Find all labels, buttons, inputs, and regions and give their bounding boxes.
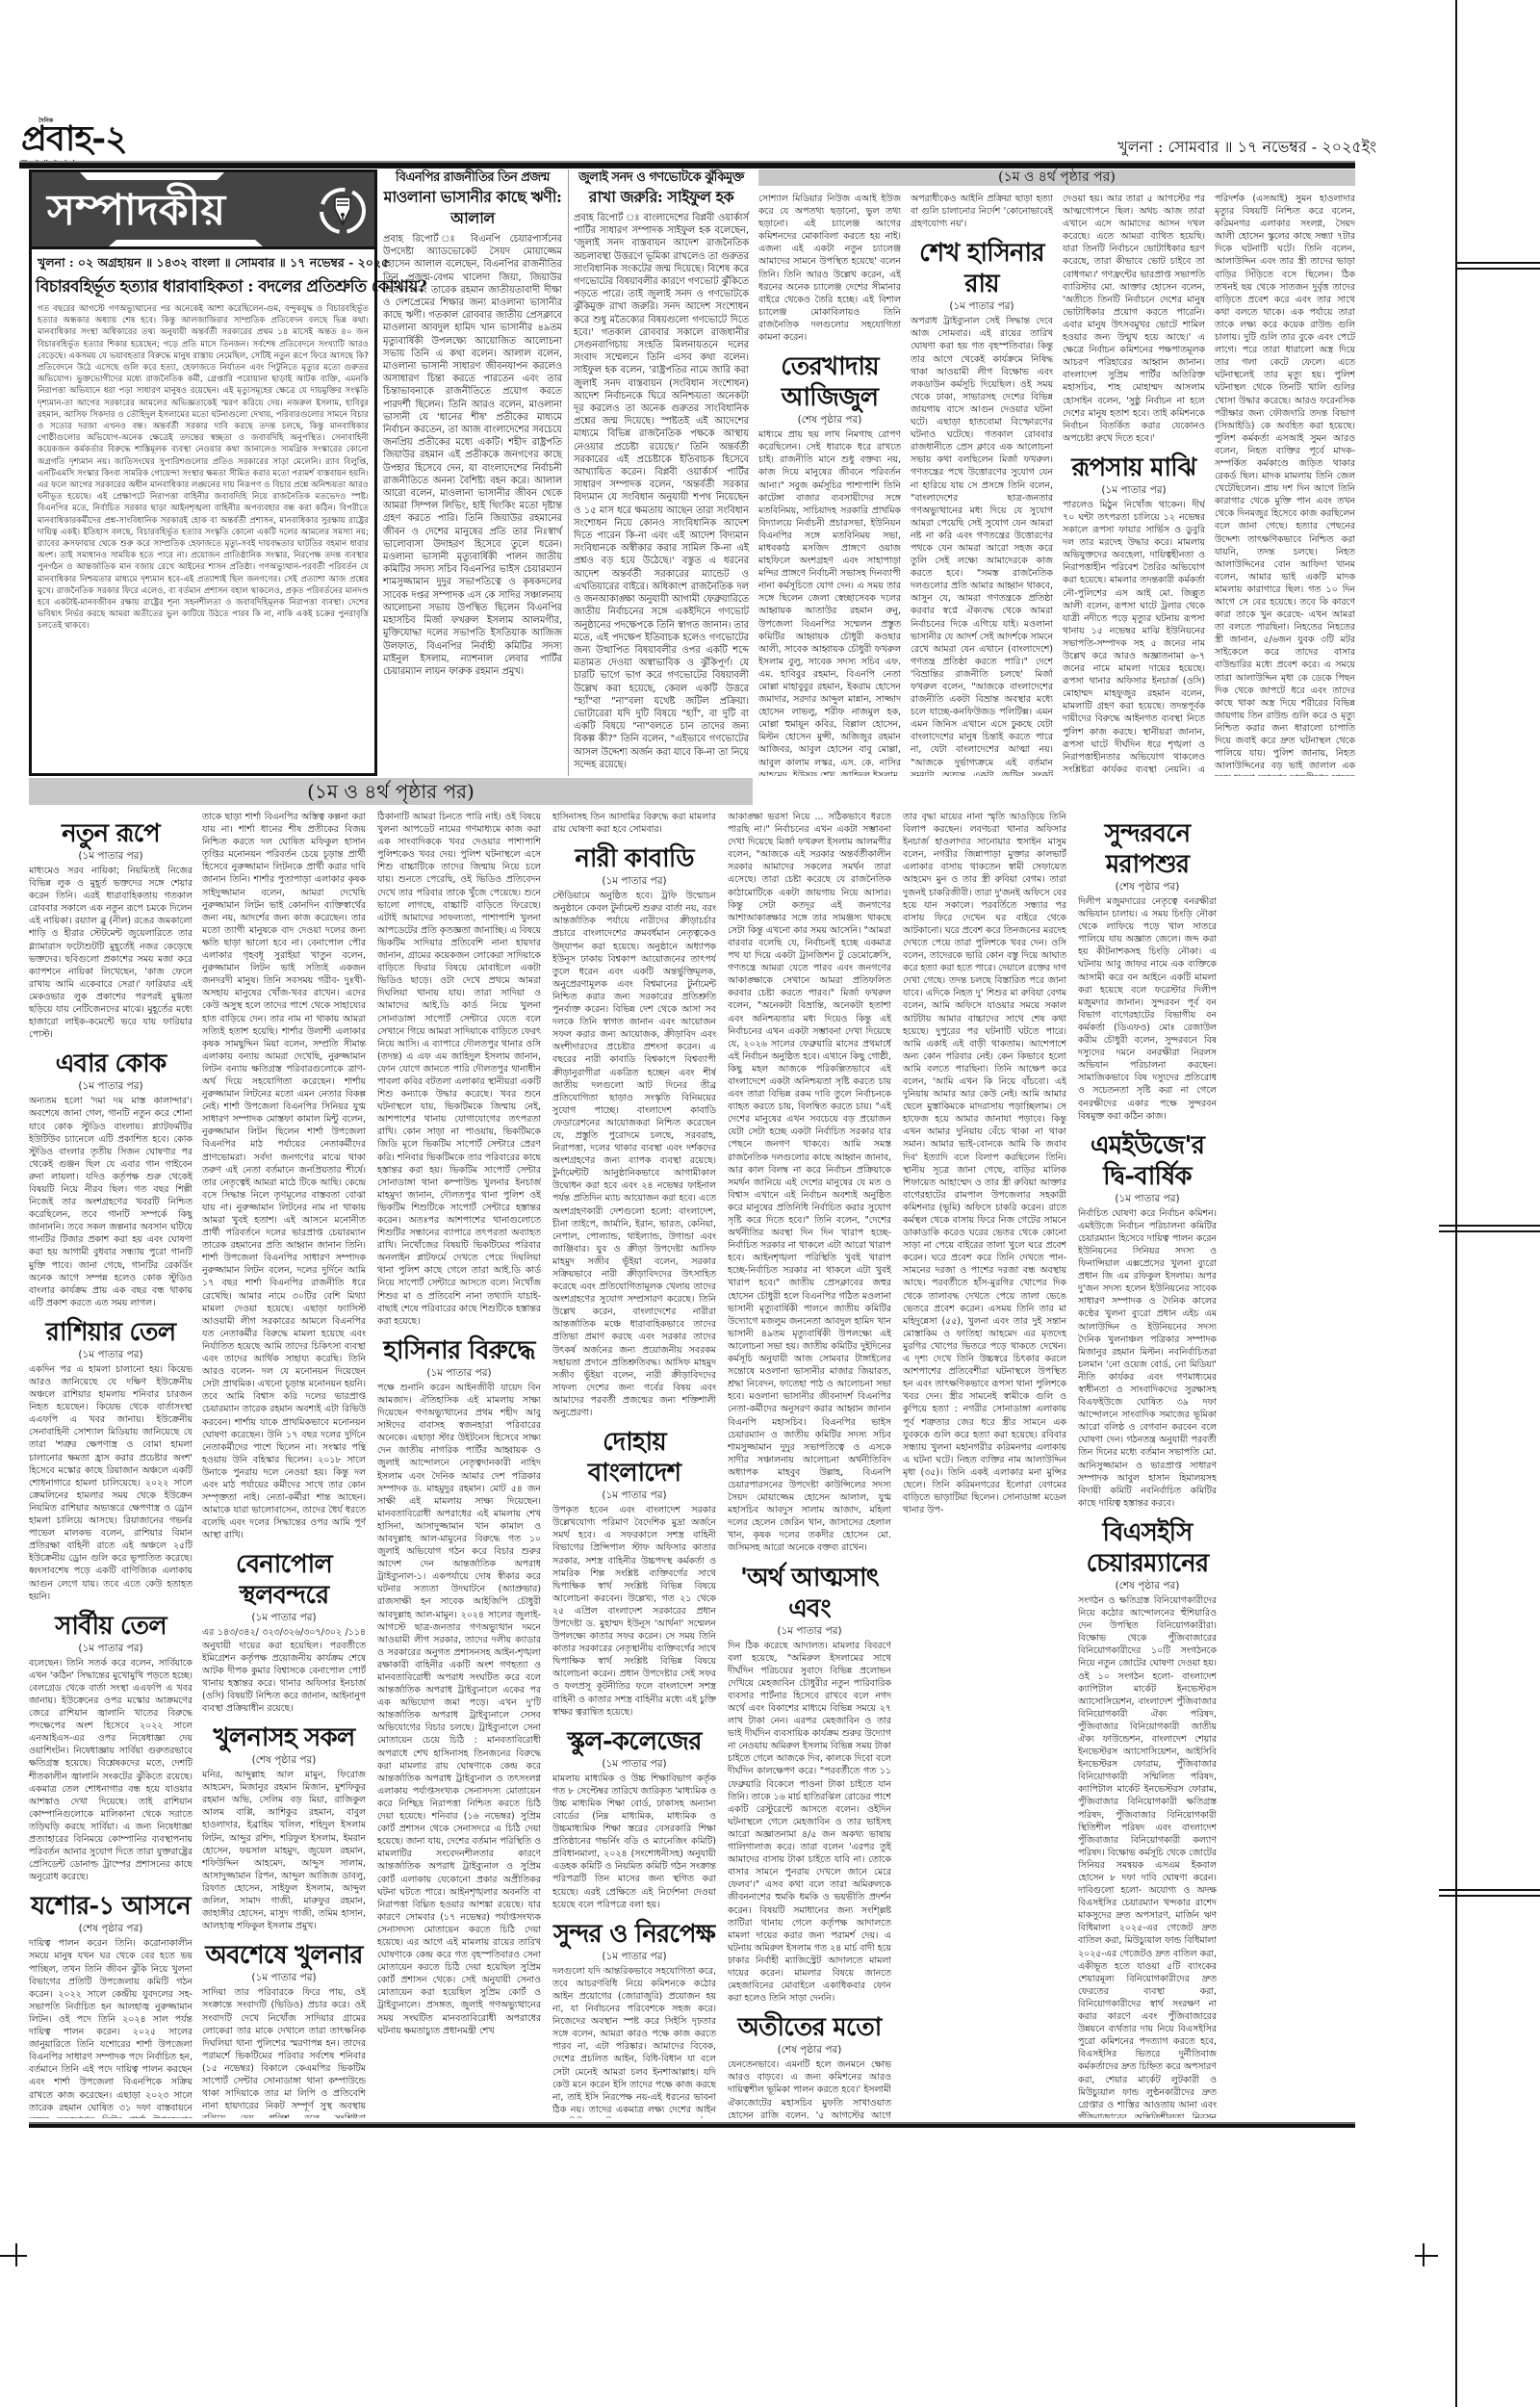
article-text: পারলেও মিঠুন নিখোঁজ থাকেন। দীর্ঘ ৭০ ঘন্ট… [1063, 499, 1205, 776]
continuation-note: (১ম পাতার পর) [29, 1642, 192, 1655]
banner-ribbon [80, 172, 224, 180]
story-headline-kicker: জুলাই সনদ ও গণভোটকে ঝুঁকিমুক্ত [574, 169, 749, 187]
article-text: নির্বাচিত ঘোষণা করে নির্বাচন কমিশন। এমইউ… [1078, 1207, 1217, 1510]
article-text: অন্যতম হলো 'দমা দম মাস্ত কালান্দার'। অবশ… [29, 1095, 192, 1309]
dateline: খুলনা : সোমবার ॥ ১৭ নভেম্বর - ২০২৫ইং [1117, 135, 1376, 161]
editorial-headline: বিচারবহির্ভূত হত্যার ধারাবাহিকতা : বদলের… [36, 276, 372, 298]
continuation-note: (১ম পাতার পর) [1063, 483, 1205, 497]
story-body: প্রবাহ রিপোর্ট ঃ বাংলাদেশের বিপ্লবী ওয়া… [574, 212, 749, 771]
article-text: সাদিয়া তার পরিবারকে ফিরে পায়, ওই সংক্র… [202, 1986, 366, 2118]
editorial-banner: সম্পাদকীয় [32, 172, 374, 249]
story-headline: রাখা জরুরি: সাইফুল হক [574, 187, 749, 208]
continuation-note: (১ম পাতার পর) [202, 1971, 366, 1984]
article-text: স্টেডিয়ামে অনুষ্ঠিত হবে। ট্রফি উন্মোচন … [552, 890, 716, 1419]
editorial-date: খুলনা : ০২ অগ্রহায়ন ॥ ১৪৩২ বাংলা ॥ সোমব… [38, 255, 371, 274]
bottom-rule [29, 2122, 1355, 2128]
bottom-column: হাসিনাসহ তিন আসামির বিরুদ্ধে করা মামলার … [552, 811, 716, 2118]
section-headline: খুলনাসহ সকল [202, 1722, 366, 1753]
section-headline: 'অর্থ আত্মসাৎ এবং [728, 1563, 891, 1624]
section-headline: এবার কোক [29, 1048, 192, 1079]
bottom-column: আকাঙ্ক্ষা ভরসা নিয়ে ... সঠিকভাবে ধরতে প… [728, 811, 891, 2118]
section-headline: স্কুল-কলেজের [552, 1726, 716, 1757]
section-headline: অতীতের মতো [728, 2012, 891, 2043]
page-right-border [1455, 0, 1457, 2407]
section-headline: নতুন রূপে [29, 818, 192, 849]
article-text: অপরাধ ট্রাইব্যুনাল সেই সিদ্ধান্ত দেবে আজ… [911, 315, 1053, 776]
masthead-rule [19, 161, 1355, 168]
bottom-column: সুন্দরবনে মরাপশুর(শেষ পৃষ্ঠার পর)দিলীপ ম… [1078, 811, 1217, 2118]
registration-mark [1423, 2243, 1424, 2266]
continuation-note: (১ম পাতার পর) [728, 1624, 891, 1638]
continuation-note: (১ম পাতার পর) [911, 299, 1053, 313]
bottom-column [1224, 811, 1355, 2118]
section-headline: রাশিয়ার তেল [29, 1317, 192, 1348]
section-headline: নারী কাবাডি [552, 843, 716, 874]
continuation-banner-mid: (১ম ও ৪র্থ পৃষ্ঠার পর) [29, 778, 753, 805]
article-text: মামলায় মাধ্যমিক ও উচ্চ শিক্ষাবিভাগ কর্ত… [552, 1773, 716, 1911]
article-text: তার বৃদ্ধা মায়ের নানা স্মৃতি আওড়িয়ে ত… [903, 811, 1066, 1516]
registration-mark [1439, 1895, 1540, 1897]
section-headline: রূপসায় মাঝি [1063, 453, 1205, 483]
article-text: দলগুলো যদি আন্তরিকভাবে সহযোগিতা করে, তবে… [552, 1965, 716, 2118]
story-headline-kicker: বিএনপির রাজনীতির তিন প্রজন্ম [383, 169, 562, 187]
continuation-note: (১ম পাতার পর) [552, 1757, 716, 1771]
bottom-column: তাকে ছাড়া শার্শা বিএনপির অস্তিত্ব কল্পন… [202, 811, 366, 2118]
bottom-column: তার বৃদ্ধা মায়ের নানা স্মৃতি আওড়িয়ে ত… [903, 811, 1066, 2118]
continuation-note: (১ম পাতার পর) [552, 1950, 716, 1963]
section-headline: এমইউজে'র দ্বি-বার্ষিক [1078, 1130, 1217, 1192]
continuation-note: (শেষ পৃষ্ঠার পর) [1078, 880, 1217, 893]
continuation-note: (শেষ পৃষ্ঠার পর) [29, 1922, 192, 1935]
article-text: পরিদর্শক (এসআই) সুমন হাওলাদার মৃত্যুর বি… [1215, 193, 1355, 776]
article-text: দায়িত্ব পালন করেন তিনি। করোনাকালীন সময়… [29, 1937, 192, 2118]
continuation-note: (১ম পাতার পর) [377, 1366, 541, 1380]
article-text: মনির, আব্দুল্লাহ আল মামুন, ফিরোজ আহমেদ, … [202, 1769, 366, 1932]
column-divider [568, 169, 569, 776]
continuation-note: (১ম পাতার পর) [29, 849, 192, 863]
continuation-column: দেওয়া হয়। আর তারা ৫ আগস্টের পর আত্মগোপ… [1063, 193, 1205, 776]
continuation-note: (১ম পাতার পর) [1078, 1192, 1217, 1205]
continuation-note: (১ম পাতার পর) [202, 1611, 366, 1624]
article-text: ঠিকানাটি আমরা চিনতে পারি নাই। ওই বিষয়ে … [377, 811, 541, 1328]
bottom-column: নতুন রূপে(১ম পাতার পর)মাধ্যমেও সরব নায়ি… [29, 811, 192, 2118]
article-text: হাসিনাসহ তিন আসামির বিরুদ্ধে করা মামলার … [552, 811, 716, 836]
continuation-note: (১ম পাতার পর) [552, 874, 716, 888]
article-text: এর ১৪৩/৩৪২/ ৩২৩/৩২৬/৩০৭/৩০২ /১১৪ অনুযায়… [202, 1626, 366, 1715]
editorial-body: গত বছরের আগস্টে গণঅভ্যুত্থানের পর অনেকেই… [38, 303, 369, 633]
banner-ribbon [109, 240, 263, 246]
registration-mark [1439, 1225, 1540, 1227]
article-text: অপরাধীকেও আইনি প্রক্রিয়া ছাড়া হত্যা বা… [911, 193, 1053, 230]
continuation-note: (শেষ পৃষ্ঠার পর) [1078, 1579, 1217, 1592]
continuation-note: (১ম পাতার পর) [29, 1079, 192, 1093]
article-text: মাধ্যমেও সরব নায়িকা; নিয়মিতই নিজের বিভ… [29, 865, 192, 1041]
section-headline: হাসিনার বিরুদ্ধে [377, 1335, 541, 1366]
editorial-box: সম্পাদকীয় খুলনা : ০২ অগ্রহায়ন ॥ ১৪৩২ ব… [29, 169, 377, 776]
registration-mark [1455, 262, 1540, 264]
article-text: দেওয়া হয়। আর তারা ৫ আগস্টের পর আত্মগোপ… [1063, 193, 1205, 445]
continuation-note: (১ম পাতার পর) [552, 1488, 716, 1502]
continuation-column: সোশ্যাল মিডিয়ার নিউজ এআই ইউজ করে যে অপত… [758, 193, 901, 776]
registration-mark [15, 2243, 17, 2266]
section-headline: সুন্দরবনে মরাপশুর [1078, 818, 1217, 880]
section-headline: সুন্দর ও নিরপেক্ষ [552, 1919, 716, 1950]
article-text: বলেছেন। তিনি সতর্ক করে বলেন, সার্বিয়াকে… [29, 1657, 192, 1884]
section-headline: বেনাপোল স্থলবন্দরে [202, 1549, 366, 1611]
article-text: তাকে ছাড়া শার্শা বিএনপির অস্তিত্ব কল্পন… [202, 811, 366, 1541]
article-text: আকাঙ্ক্ষা ভরসা নিয়ে ... সঠিকভাবে ধরতে প… [728, 811, 891, 1555]
article-text: দিন ঠিক করেছে আদালত। মামলার বিবরণে বলা হ… [728, 1640, 891, 2006]
section-headline: বিএসইসি চেয়ারম্যানের [1078, 1517, 1217, 1579]
section-headline: সার্বীয় তেল [29, 1611, 192, 1642]
story-body: প্রবাহ রিপোর্ট ঃ বিএনপি চেয়ারপার্সনের উ… [383, 233, 562, 678]
registration-mark [1455, 268, 1540, 270]
registration-mark [1439, 1889, 1540, 1891]
continuation-note: (শেষ পৃষ্ঠার পর) [758, 413, 901, 427]
article-text: সংগঠন ও ক্ষতিগ্রস্ত বিনিয়োগকারীদের নিয়… [1078, 1594, 1217, 2118]
story-bnp-alal: বিএনপির রাজনীতির তিন প্রজন্ম মাওলানা ভাস… [383, 169, 562, 678]
continuation-note: (শেষ পৃষ্ঠার পর) [728, 2043, 891, 2057]
bottom-column: ঠিকানাটি আমরা চিনতে পারি নাই। ওই বিষয়ে … [377, 811, 541, 2118]
section-headline: শেখ হাসিনার রায় [911, 238, 1053, 299]
article-text: উপকৃত হবেন এবং বাংলাদেশ সরকার উল্লেখযোগ্… [552, 1504, 716, 1719]
section-headline: যশোর-১ আসনে [29, 1891, 192, 1922]
story-july-charter: জুলাই সনদ ও গণভোটকে ঝুঁকিমুক্ত রাখা জরুর… [574, 169, 749, 771]
continuation-column: অপরাধীকেও আইনি প্রক্রিয়া ছাড়া হত্যা বা… [911, 193, 1053, 776]
article-text: যেনতেনভাবে। এমনটি হলে জনমনে ক্ষোভ আরও বা… [728, 2058, 891, 2118]
continuation-note: (শেষ পৃষ্ঠার পর) [202, 1753, 366, 1767]
article-text: সোশ্যাল মিডিয়ার নিউজ এআই ইউজ করে যে অপত… [758, 193, 901, 344]
section-headline: দোহায় বাংলাদেশ [552, 1427, 716, 1488]
continuation-column: পরিদর্শক (এসআই) সুমন হাওলাদার মৃত্যুর বি… [1215, 193, 1355, 776]
article-text: একদিন পর এ হামলা চালানো হয়। কিয়েভ আরও … [29, 1363, 192, 1603]
section-headline: তেরখাদায় আজিজুল [758, 351, 901, 413]
continuation-banner-top: (১ম ও ৪র্থ পৃষ্ঠার পর) [758, 169, 1355, 186]
continuation-note: (১ম পাতার পর) [29, 1348, 192, 1361]
story-headline: মাওলানা ভাসানীর কাছে ঋণী: আলাল [383, 187, 562, 229]
registration-mark [0, 2255, 27, 2257]
article-text: মাধ্যমে প্রায় ছয় লাখ নিমগাছ রোপণ করেছি… [758, 428, 901, 776]
section-headline: অবশেষে খুলনার [202, 1940, 366, 1971]
logo-title: প্রবাহ-২ [21, 119, 127, 158]
registration-mark [1439, 1230, 1540, 1232]
article-text: দিলীপ মজুমদারের নেতৃত্বে বনরক্ষীরা অভিযা… [1078, 895, 1217, 1123]
editorial-title: সম্পাদকীয় [47, 184, 225, 238]
article-text: পক্ষে শুনানি করেন আইনজীবী যায়েদ বিন আমজ… [377, 1382, 541, 2037]
registration-mark [1415, 2255, 1438, 2257]
fountain-pen-icon [316, 184, 370, 238]
